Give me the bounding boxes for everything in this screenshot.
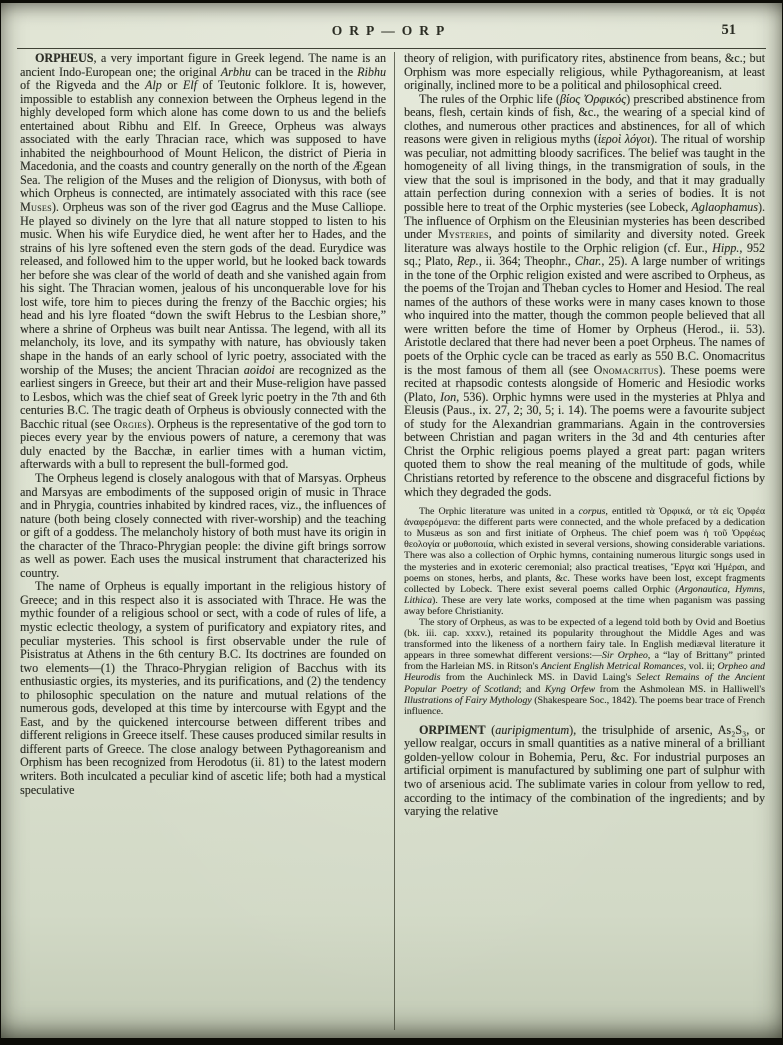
- orpheus-article-paragraph-4: The rules of the Orphic life (βίος Ὀρφικ…: [404, 93, 765, 499]
- text-columns: ORPHEUS, a very important figure in Gree…: [20, 52, 765, 1030]
- small-print-paragraph-1: The Orphic literature was united in a co…: [404, 506, 765, 617]
- orpheus-article-paragraph-2: The Orpheus legend is closely analogous …: [20, 472, 386, 580]
- right-column: theory of religion, with purificatory ri…: [395, 52, 765, 1030]
- scanned-book-page: ORP—ORP 51 ORPHEUS, a very important fig…: [0, 0, 783, 1045]
- running-header-title: ORP—ORP: [1, 23, 782, 39]
- small-print-section: The Orphic literature was united in a co…: [404, 506, 765, 717]
- small-print-paragraph-2: The story of Orpheus, as was to be expec…: [404, 617, 765, 717]
- orpheus-article-continuation-paragraph: theory of religion, with purificatory ri…: [404, 52, 765, 93]
- orpiment-article-paragraph: ORPIMENT (auripigmentum), the trisulphid…: [404, 724, 765, 819]
- left-column: ORPHEUS, a very important figure in Gree…: [20, 52, 394, 1030]
- orpheus-article-paragraph-3: The name of Orpheus is equally important…: [20, 580, 386, 797]
- orpheus-article-paragraph-1: ORPHEUS, a very important figure in Gree…: [20, 52, 386, 472]
- page-number: 51: [722, 22, 737, 39]
- header-rule: [17, 48, 766, 49]
- paper-background: ORP—ORP 51 ORPHEUS, a very important fig…: [1, 3, 782, 1038]
